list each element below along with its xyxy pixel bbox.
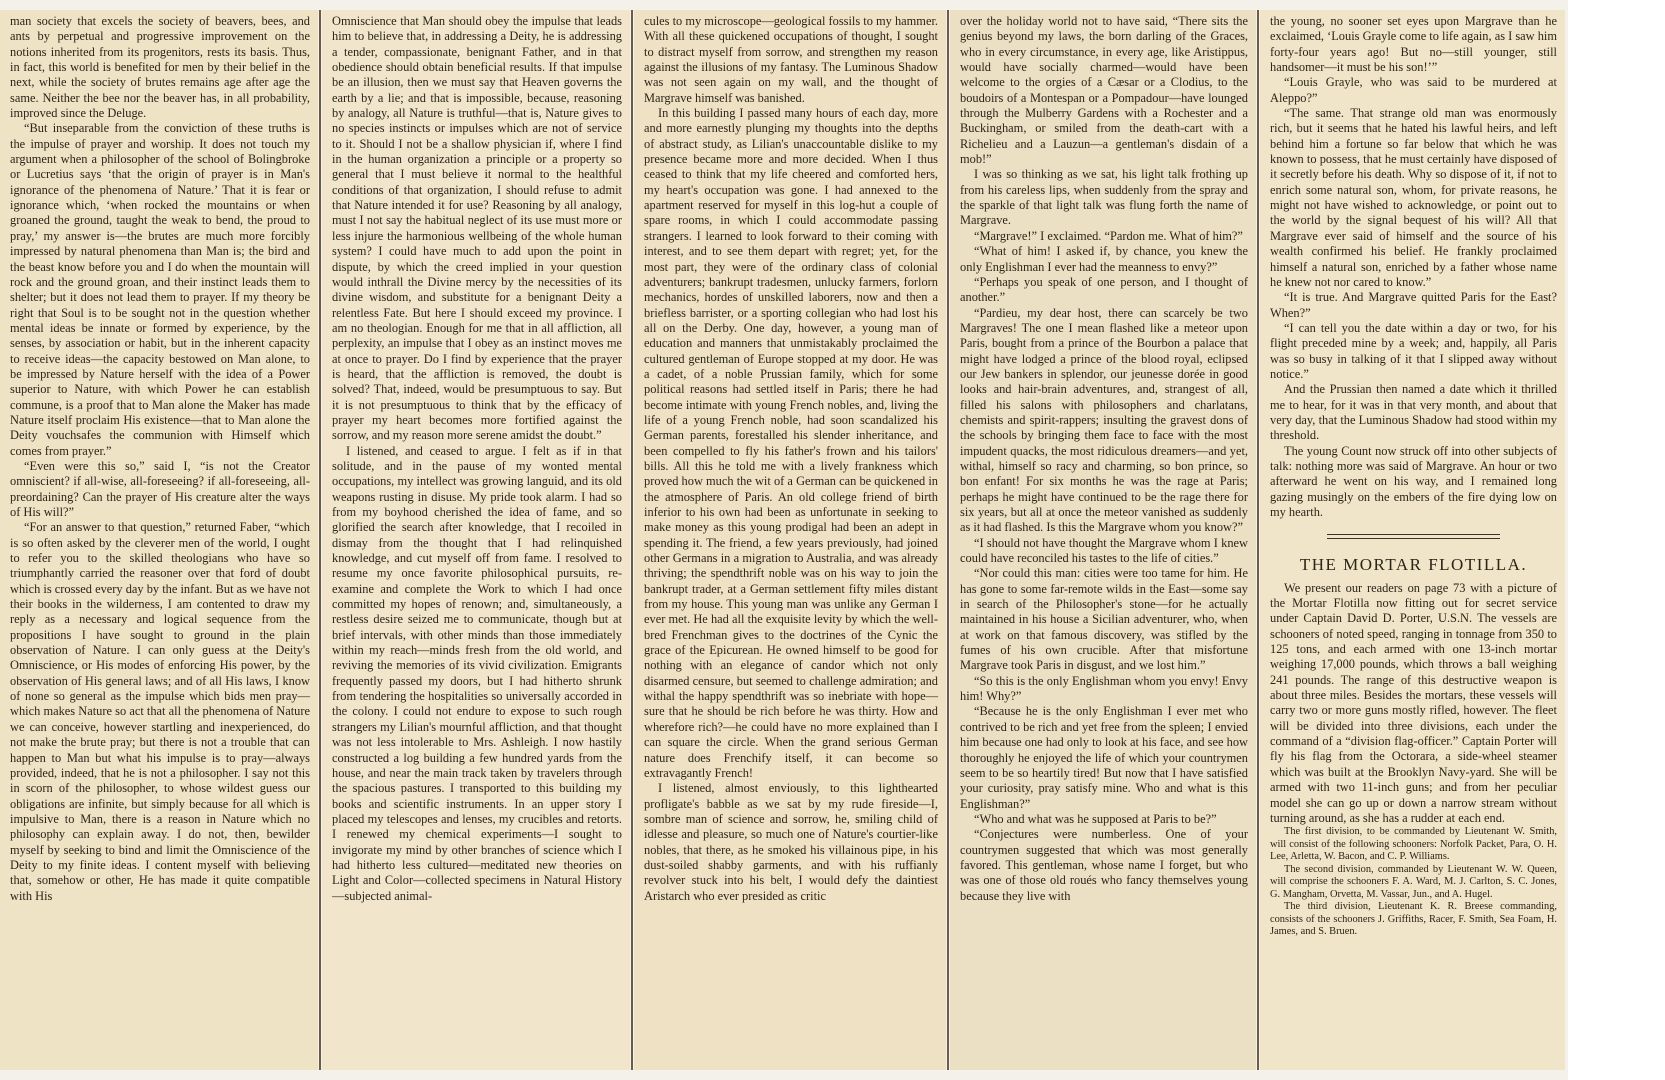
paragraph: Omniscience that Man should obey the imp…: [332, 14, 622, 444]
column-2: Omniscience that Man should obey the imp…: [322, 10, 630, 1070]
paragraph: I was so thinking as we sat, his light t…: [960, 167, 1248, 228]
paragraph: the young, no sooner set eyes upon Margr…: [1270, 14, 1557, 75]
column-4: over the holiday world not to have said,…: [950, 10, 1256, 1070]
paragraph: “The same. That strange old man was enor…: [1270, 106, 1557, 290]
paragraph: And the Prussian then named a date which…: [1270, 382, 1557, 443]
column-rule: [319, 10, 321, 1070]
paragraph: I listened, almost enviously, to this li…: [644, 781, 938, 904]
column-rule: [947, 10, 949, 1070]
paragraph: “What of him! I asked if, by chance, you…: [960, 244, 1248, 275]
paragraph: We present our readers on page 73 with a…: [1270, 581, 1557, 827]
paragraph: The second division, commanded by Lieute…: [1270, 864, 1557, 902]
paragraph: “I can tell you the date within a day or…: [1270, 321, 1557, 382]
page-margin: [1568, 0, 1665, 1080]
paragraph: “Louis Grayle, who was said to be murder…: [1270, 75, 1557, 106]
paragraph: “But inseparable from the conviction of …: [10, 121, 310, 459]
paragraph: In this building I passed many hours of …: [644, 106, 938, 781]
paragraph: “Who and what was he supposed at Paris t…: [960, 812, 1248, 827]
paragraph: The third division, Lieutenant K. R. Bre…: [1270, 901, 1557, 939]
column-rule: [1257, 10, 1259, 1070]
column-1: man society that excels the society of b…: [0, 10, 318, 1070]
paragraph: “Margrave!” I exclaimed. “Pardon me. Wha…: [960, 229, 1248, 244]
paragraph: I listened, and ceased to argue. I felt …: [332, 444, 622, 904]
paragraph: “Pardieu, my dear host, there can scarce…: [960, 306, 1248, 536]
paragraph: cules to my microscope—geological fossil…: [644, 14, 938, 106]
paragraph: man society that excels the society of b…: [10, 14, 310, 121]
paragraph: “For an answer to that question,” return…: [10, 520, 310, 904]
paragraph: “So this is the only Englishman whom you…: [960, 674, 1248, 705]
paragraph: “I should not have thought the Margrave …: [960, 536, 1248, 567]
paragraph: “Nor could this man: cities were too tam…: [960, 566, 1248, 673]
newspaper-page: man society that excels the society of b…: [0, 10, 1665, 1080]
paragraph: “Because he is the only Englishman I eve…: [960, 704, 1248, 811]
section-divider: [1327, 534, 1499, 539]
column-5: the young, no sooner set eyes upon Margr…: [1260, 10, 1565, 1070]
column-rule: [631, 10, 633, 1070]
paragraph: over the holiday world not to have said,…: [960, 14, 1248, 167]
paragraph: “It is true. And Margrave quitted Paris …: [1270, 290, 1557, 321]
paragraph: “Perhaps you speak of one person, and I …: [960, 275, 1248, 306]
article-heading: THE MORTAR FLOTILLA.: [1270, 557, 1557, 572]
paragraph: “Conjectures were numberless. One of you…: [960, 827, 1248, 904]
column-3: cules to my microscope—geological fossil…: [634, 10, 946, 1070]
paragraph: “Even were this so,” said I, “is not the…: [10, 459, 310, 520]
paragraph: The first division, to be commanded by L…: [1270, 826, 1557, 864]
paragraph: The young Count now struck off into othe…: [1270, 444, 1557, 521]
